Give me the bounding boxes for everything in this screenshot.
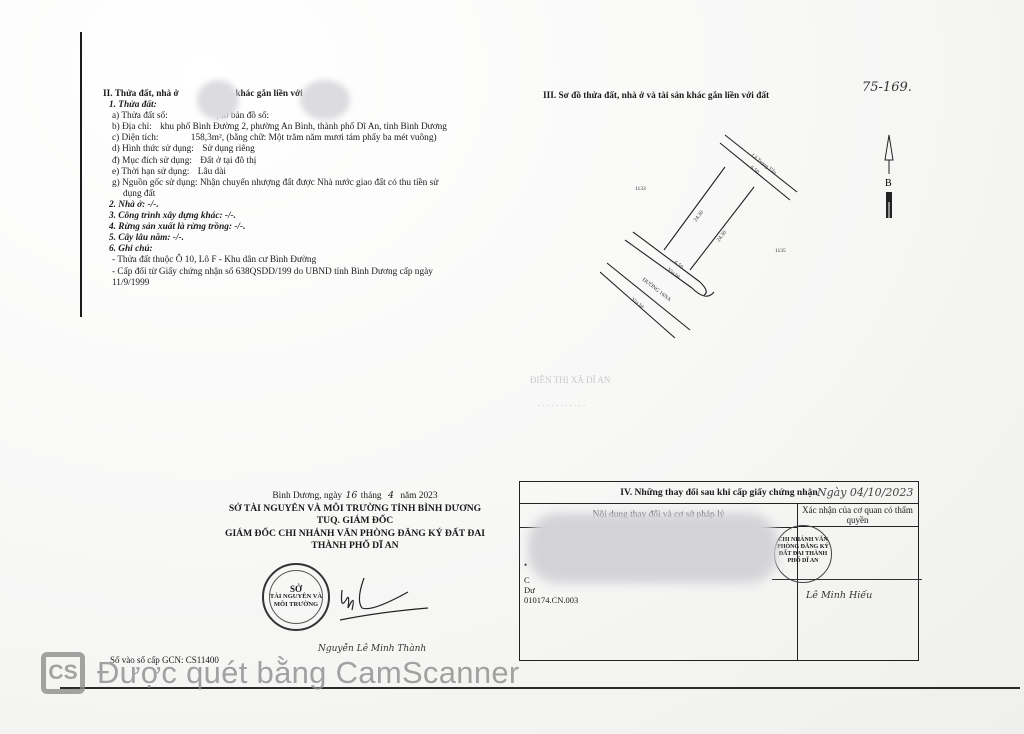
- term-label: e) Thời hạn sử dụng:: [112, 167, 189, 177]
- plot-row: a) Thửa đất số: , tờ bản đồ số:: [103, 111, 503, 122]
- signer-city: THÀNH PHỐ DĨ AN: [195, 540, 515, 553]
- right-length-label: 24.30: [716, 230, 728, 244]
- other-construction-item: 3. Công trình xây dựng khác: -/-.: [103, 211, 503, 222]
- bullet: •: [524, 560, 527, 570]
- confirm-column: Xác nhận của cơ quan có thẩm quyền: [797, 503, 918, 660]
- note-line: - Thửa đất thuộc Ô 10, Lô F - Khu dân cư…: [103, 255, 503, 266]
- address-row: b) Địa chỉ: khu phố Bình Đường 2, phường…: [103, 122, 503, 133]
- signature-line: [772, 579, 922, 580]
- land-plot-diagram: 1133 1135 Lê Trọng Tấn 6.50 24.30 24.30 …: [600, 120, 960, 360]
- bleed-through: . . . . . . . . . . .: [538, 398, 585, 408]
- issue-date: Bình Dương, ngày 16 tháng 4 năm 2023: [195, 490, 515, 503]
- term-value: Lâu dài: [198, 167, 226, 177]
- forest-item: 4. Rừng sản xuất là rừng trồng: -/-.: [103, 222, 503, 233]
- usage-form-row: d) Hình thức sử dụng: Sử dụng riêng: [103, 144, 503, 155]
- issue-month: 4: [384, 490, 398, 503]
- purpose-label: đ) Mục đích sử dụng:: [112, 156, 192, 166]
- purpose-row: đ) Mục đích sử dụng: Đất ở tại đô thị: [103, 156, 503, 167]
- neighbor-left-label: 1133: [635, 186, 646, 192]
- issue-day: 16: [344, 490, 358, 503]
- signature-mark: [300, 570, 440, 625]
- heading-left: II. Thửa đất, nhà ở: [103, 89, 179, 99]
- usage-form-value: Sử dụng riêng: [202, 144, 255, 154]
- area-label: c) Diện tích:: [112, 133, 158, 143]
- watermark-text: Được quét bằng CamScanner: [97, 655, 520, 691]
- perennial-item: 5. Cây lâu năm: -/-.: [103, 233, 503, 244]
- issuing-org: SỞ TÀI NGUYÊN VÀ MÔI TRƯỜNG TỈNH BÌNH DƯ…: [195, 503, 515, 516]
- document-number: 75-169.: [862, 80, 912, 95]
- plot-label: a) Thửa đất số:: [112, 111, 168, 121]
- north-arrow-icon: B: [885, 135, 893, 220]
- address-value: khu phố Bình Đường 2, phường An Bình, th…: [160, 122, 447, 132]
- note-line: - Cấp đổi từ Giấy chứng nhận số 638QSDD/…: [103, 267, 503, 278]
- origin-row: g) Nguồn gốc sử dụng: Nhận chuyển nhượng…: [103, 178, 503, 200]
- address-label: b) Địa chỉ:: [112, 122, 152, 132]
- redaction-blur: [197, 80, 239, 120]
- entry-line: Dư: [524, 585, 578, 595]
- year-prefix: năm 2023: [400, 491, 437, 501]
- branch-signer-name: Lê Minh Hiếu: [806, 590, 872, 601]
- bleed-through: ĐIÊN THỊ XÃ DĨ AN: [530, 375, 610, 385]
- note-line: 11/9/1999: [103, 278, 503, 289]
- house-item: 2. Nhà ở: -/-.: [103, 200, 503, 211]
- tuq-title: TUQ. GIÁM ĐỐC: [195, 515, 515, 528]
- binding-line: [80, 32, 82, 317]
- origin-value: Nhận chuyển nhượng đất được Nhà nước gia…: [200, 178, 438, 188]
- handwritten-date: Ngày 04/10/2023: [817, 486, 913, 499]
- date-prefix: Bình Dương, ngày: [272, 491, 342, 501]
- north-label: B: [885, 178, 892, 189]
- usage-form-label: d) Hình thức sử dụng:: [112, 144, 194, 154]
- origin-value-cont: dụng đất: [112, 189, 503, 200]
- camscanner-watermark: CS Được quét bằng CamScanner: [41, 652, 520, 694]
- area-value: 158,3m², (bằng chữ: Một trăm năm mươi tá…: [191, 133, 437, 143]
- road-label: ĐƯỜNG 16NA: [641, 275, 674, 303]
- section-land-info: II. Thửa đất, nhà ở khác gắn liền với 1.…: [103, 89, 503, 289]
- area-row: c) Diện tích: 158,3m², (bằng chữ: Một tr…: [103, 133, 503, 144]
- month-prefix: tháng: [361, 491, 382, 501]
- branch-seal: CHI NHÁNH VĂN PHÒNG ĐĂNG KÝ ĐẤT ĐAI THÀN…: [774, 525, 832, 583]
- redaction-blur: [528, 513, 778, 583]
- signing-block: Bình Dương, ngày 16 tháng 4 năm 2023 SỞ …: [195, 490, 515, 553]
- term-row: e) Thời hạn sử dụng: Lâu dài: [103, 167, 503, 178]
- purpose-value: Đất ở tại đô thị: [200, 156, 256, 166]
- redaction-blur: [300, 80, 350, 120]
- entry-code: 010174.CN.003: [524, 595, 578, 605]
- scanned-document: II. Thửa đất, nhà ở khác gắn liền với 1.…: [0, 0, 1024, 734]
- left-length-label: 24.30: [693, 210, 705, 224]
- signer-position: GIÁM ĐỐC CHI NHÁNH VĂN PHÒNG ĐĂNG KÝ ĐẤT…: [195, 528, 515, 541]
- confirm-header: Xác nhận của cơ quan có thẩm quyền: [797, 503, 918, 527]
- camscanner-logo-icon: CS: [41, 652, 85, 694]
- sidewalk-bottom-label: Vỉa hè: [630, 297, 646, 311]
- section3-title: III. Sơ đồ thửa đất, nhà ở và tài sản kh…: [543, 91, 769, 101]
- notes-title: 6. Ghi chú:: [103, 244, 503, 255]
- heading-right: khác gắn liền với: [235, 89, 302, 99]
- origin-label: g) Nguồn gốc sử dụng:: [112, 178, 198, 188]
- neighbor-right-label: 1135: [775, 248, 786, 254]
